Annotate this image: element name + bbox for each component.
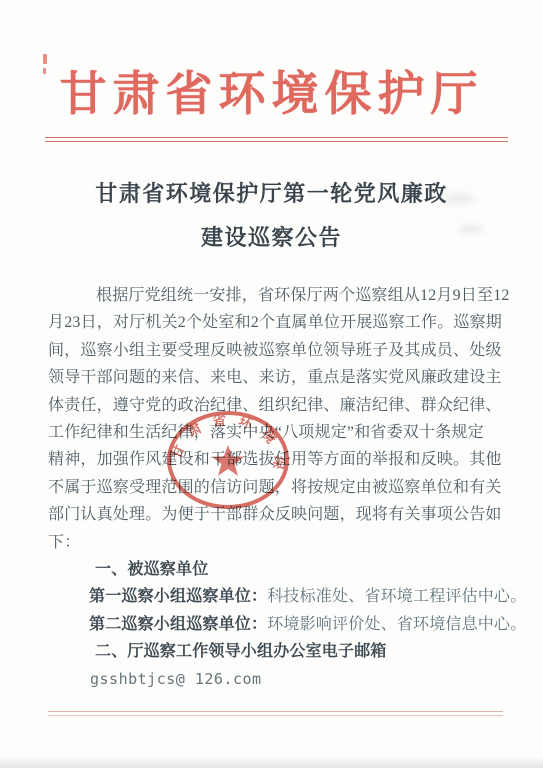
inspection-group-1-label: 第一巡察小组巡察单位：: [89, 588, 267, 605]
paragraph-line: 根据厅党组统一安排，省环保厅两个巡察组从12月9日至12: [48, 282, 506, 309]
contact-email: gsshbtjcs@ 126.com: [90, 666, 506, 693]
paragraph-line: 下：: [48, 529, 506, 556]
document-title-line1: 甘肃省环境保护厅第一轮党风廉政: [0, 172, 543, 216]
footer-double-rule: [48, 711, 503, 716]
letterhead-title: 甘肃省环境保护厅: [0, 68, 543, 122]
seal-arc-text: 甘肃省环境保护厅: [166, 410, 289, 482]
paragraph-line: 月23日，对厅机关2个处室和2个直属单位开展巡察工作。巡察期: [48, 309, 506, 336]
inspection-group-2-line: 第二巡察小组巡察单位：环境影响评价处、省环境信息中心。: [89, 611, 506, 638]
scanned-official-notice-page: 甘肃省环境保护厅 甘肃省环境保护厅第一轮党风廉政 建设巡察公告 根据厅党组统一安…: [0, 0, 543, 768]
inspection-group-1-units: 科技标准处、省环境工程评估中心。: [267, 588, 526, 605]
inspection-group-2-units: 环境影响评价处、省环境信息中心。: [267, 616, 526, 633]
letterhead-double-rule: [45, 137, 508, 142]
section-2-heading: 二、厅巡察工作领导小组办公室电子邮箱: [95, 638, 506, 665]
paragraph-line: 领导干部问题的来信、来电、来访，重点是落实党风廉政建设主: [48, 364, 506, 391]
inspection-group-1-line: 第一巡察小组巡察单位：科技标准处、省环境工程评估中心。: [89, 583, 506, 610]
official-seal-stamp: 甘肃省环境保护厅: [166, 410, 290, 510]
print-speck: [43, 54, 47, 64]
document-title: 甘肃省环境保护厅第一轮党风廉政 建设巡察公告: [0, 172, 543, 260]
scan-bottom-edge: [0, 759, 543, 768]
document-title-line2: 建设巡察公告: [0, 216, 543, 260]
paragraph-line: 间，巡察小组主要受理反映被巡察单位领导班子及其成员、处级: [48, 337, 506, 364]
inspection-group-2-label: 第二巡察小组巡察单位：: [89, 616, 267, 633]
seal-star-icon: [212, 445, 244, 476]
section-1-heading: 一、被巡察单位: [95, 556, 506, 583]
